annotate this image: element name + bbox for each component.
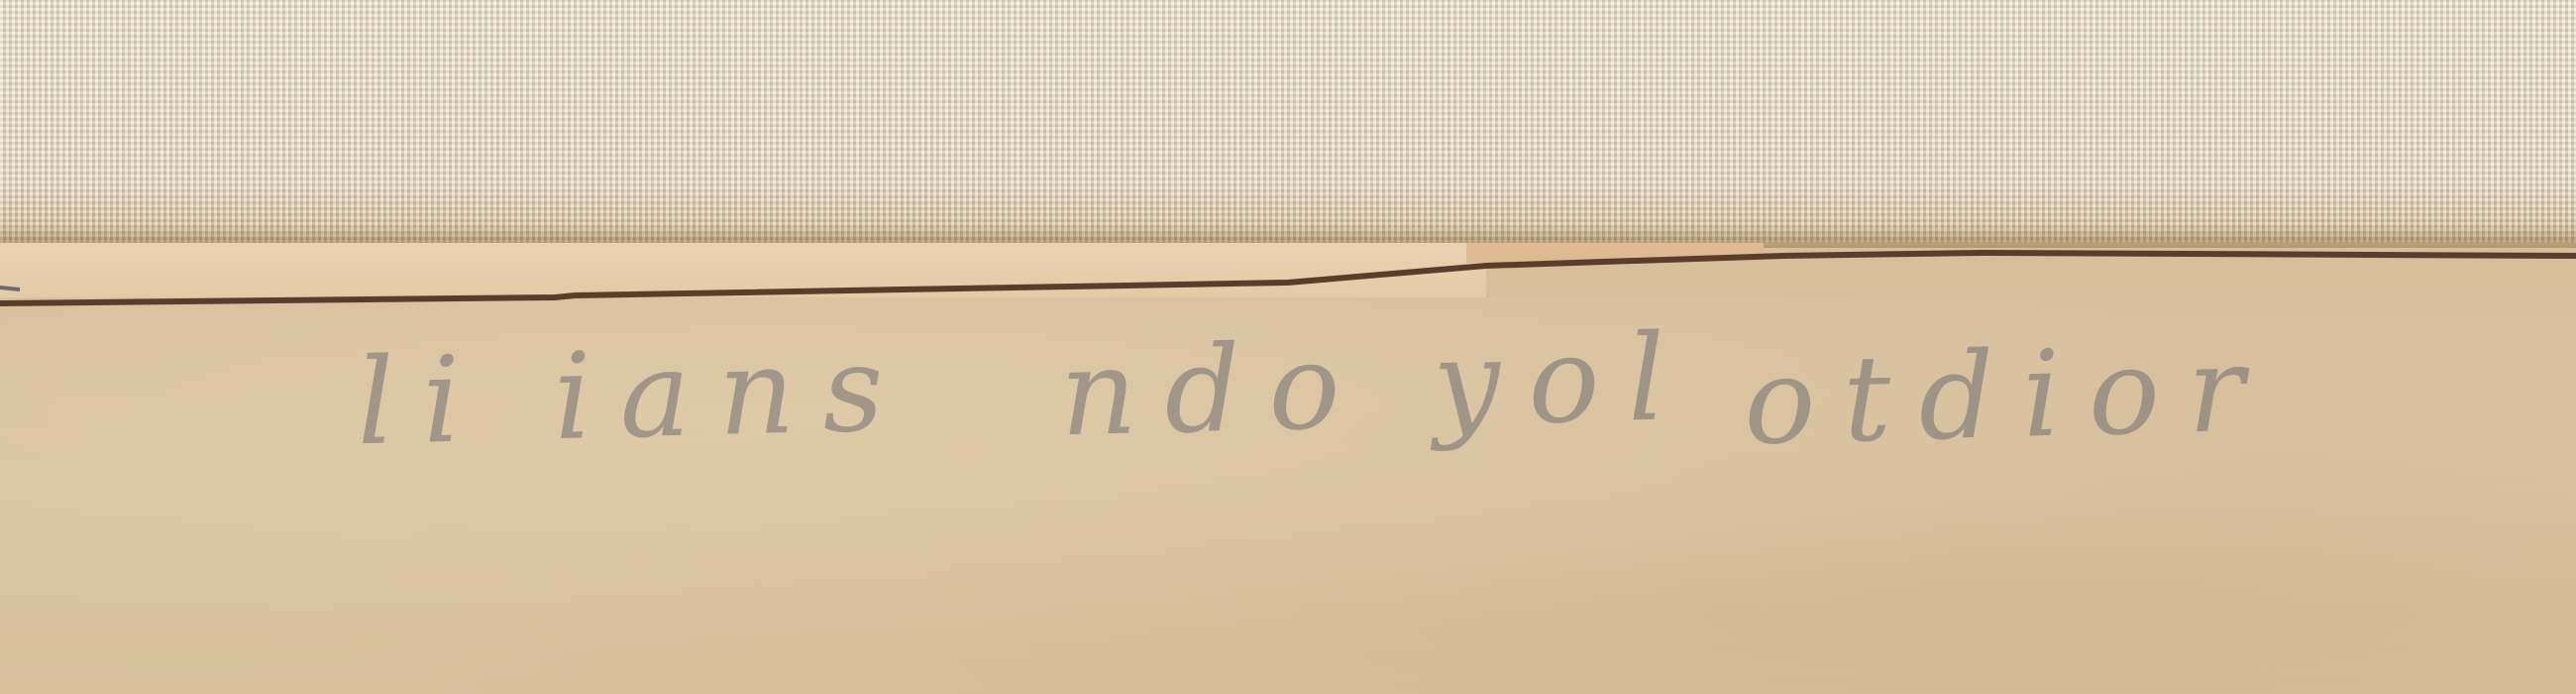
endpaper-strip [0,243,1486,300]
pencil-handwriting-3: otdior [1742,320,2274,472]
pencil-handwriting-1: li ians [355,320,912,473]
cloth-binding [0,0,2576,243]
endpaper-strip-right [1466,243,1764,263]
pencil-handwriting-2: ndo yol [1058,309,1694,464]
